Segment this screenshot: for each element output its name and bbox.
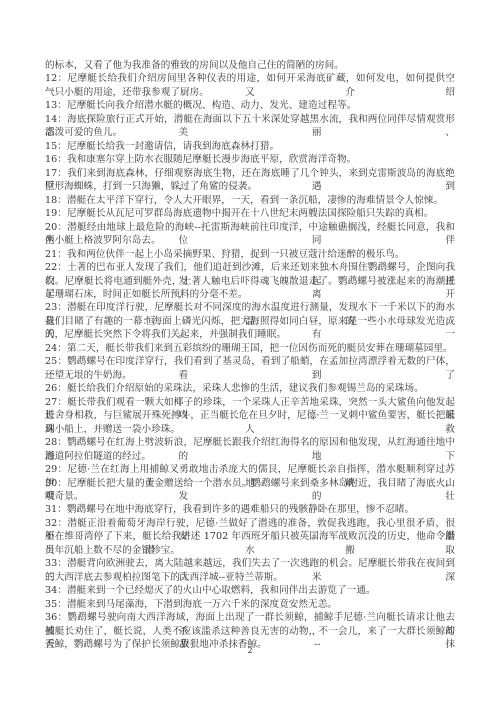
document-page: 的标本，又看了他为我准备的雅致的房间以及他自己住的简陋的房间。12：尼摩艇长给我… <box>0 0 500 707</box>
text-line: 25：鹦鹉螺号在印度洋穿行，我们看到了基灵岛，看到了船蛸，在孟加拉湾漂浮着无数的… <box>45 355 455 368</box>
text-line: 14：海底探险旅行正式开始，潜艇在海面以下五十米深处穿越黑水流，我和两位同伴尽情… <box>45 113 455 126</box>
text-line: 34：潜艇来到一个已经熄灭了的火山中心取燃料，我和同伴出去游览了一通。 <box>45 584 455 597</box>
text-line: 36：鹦鹉螺号驶向南大西洋海域，海面上出现了一群长须鲸，捕鲸手尼德·兰向艇长请求… <box>45 611 455 624</box>
text-line: 13：尼摩艇长向我介绍潜水艇的概况、构造、动力、发光、建造过程等。 <box>45 99 455 112</box>
text-line: 长舍身相救，与巨鲨展开殊死搏斗，正当艇长危在旦夕时，尼德·兰一叉刺中鲨鱼要害，艇… <box>45 409 455 422</box>
text-line: 18：潜艇在太平洋下穿行，令人大开眼界，一天，看到一条沉船，凄惨的海难情景令人惊… <box>45 194 455 207</box>
text-line: 12：尼摩艇长给我们介绍房间里各种仪表的用途，如何开采海底矿藏，如何发电，如何提… <box>45 72 455 85</box>
text-line: 29：尼德·兰在红海上用捕鲸叉勇敢地击杀庞大的儒艮，尼摩艇长亲自指挥，潜水艇顺利… <box>45 463 455 476</box>
text-line: 艇在维哥湾停了下来，艇长给我讲述 1702 年西班牙船只被英国海军战败沉没的历史… <box>45 530 455 543</box>
text-line: 32：潜艇正沿着葡萄牙海岸行驶，尼德·兰做好了潜逃的准备，敦促我逃跑，我心里很矛… <box>45 517 455 530</box>
text-line: 30：尼摩艇长把大量的黄金赠送给一个潜水员。鹦鹉螺号来到桑多林岛附近，我目睹了海… <box>45 477 455 490</box>
text-line: 我们目睹了有趣的一幕：海面上磷光闪烁，把大海照得如同白昼，原来是一些小水母球发光… <box>45 315 455 328</box>
text-line: 的标本，又看了他为我准备的雅致的房间以及他自己住的简陋的房间。 <box>45 59 455 72</box>
text-line: 28：鹦鹉螺号在红海上劈波斩浪，尼摩艇长跟我介绍红海得名的原因和他发现，从红海通… <box>45 436 455 449</box>
text-line: 31：鹦鹉螺号在地中海底穿行，我看到许多的遇难船只的残骸静卧在那里，惨不忍睹。 <box>45 503 455 516</box>
text-line: 22：土著的巴布亚人发现了我们，他们追赶到沙滩，后来还划来独木舟围住鹦鹉螺号，企… <box>45 261 455 274</box>
text-line: 27：艇长带我们观看一颗大如椰子的珍珠，一个采珠人正辛苦地采珠，突然一头大鲨鱼向… <box>45 396 455 409</box>
text-line: 21：我和两位伙伴一起上小岛采摘野果、狩猎，捉到一只被豆蔻汁给迷醉的极乐鸟。 <box>45 248 455 261</box>
text-line: 17：我们来到海底森林，仔细观察海底生物，还在海底睡了几个钟头，来到克雷斯波岛的… <box>45 167 455 180</box>
document-body: 的标本，又看了他为我准备的雅致的房间以及他自己住的简陋的房间。12：尼摩艇长给我… <box>45 59 455 652</box>
text-line: 23：潜艇在印度洋行驶，尼摩艇长对不同深度的海水温度进行测量，发现水下一千米以下… <box>45 301 455 314</box>
text-line: 16：我和康塞尔穿上防水衣服随尼摩艇长漫步海底平原，欣赏海洋奇物。 <box>45 153 455 166</box>
page-number: 2 <box>0 646 500 655</box>
text-line: 15：尼摩艇长给我一封邀请信，请我到海底森林打猎。 <box>45 140 455 153</box>
text-line: 26：艇长给我们介绍原始的采珠法，采珠人悲惨的生活，建议我们参观锡兰岛的采珠场。 <box>45 382 455 395</box>
text-line: 35：潜艇来到马尾藻海，下潜到海底一万六千米的深度竟安然无恙。 <box>45 598 455 611</box>
text-line: 攻。尼摩艇长将电通到艇外壳，土著人触电后吓得魂飞魄散退走了。鹦鹉螺号被涨起来的海… <box>45 275 455 288</box>
text-line: 33：潜艇背向欧洲驶去，离大陆越来越远，我们失去了一次逃跑的机会。尼摩艇长带我在… <box>45 557 455 570</box>
text-line: 19：尼摩艇长从瓦尼可罗群岛海底遗物中揭开在十八世纪末两艘法国探险船只失踪的真相… <box>45 207 455 220</box>
text-line: 20：潜艇经由地球上最危险的海峡--托雷斯海峡前往印度洋，中途触礁搁浅，经艇长同… <box>45 221 455 234</box>
text-line: 被艇长劝住了，艇长说，人类不应该滥杀这种善良无害的动物，不一会儿，来了一大群长须… <box>45 625 455 638</box>
text-line: 24：第二天，艇长带我们来到五彩缤纷的珊瑚王国，把一位因伤而死的艇员安葬在珊瑚墓… <box>45 342 455 355</box>
